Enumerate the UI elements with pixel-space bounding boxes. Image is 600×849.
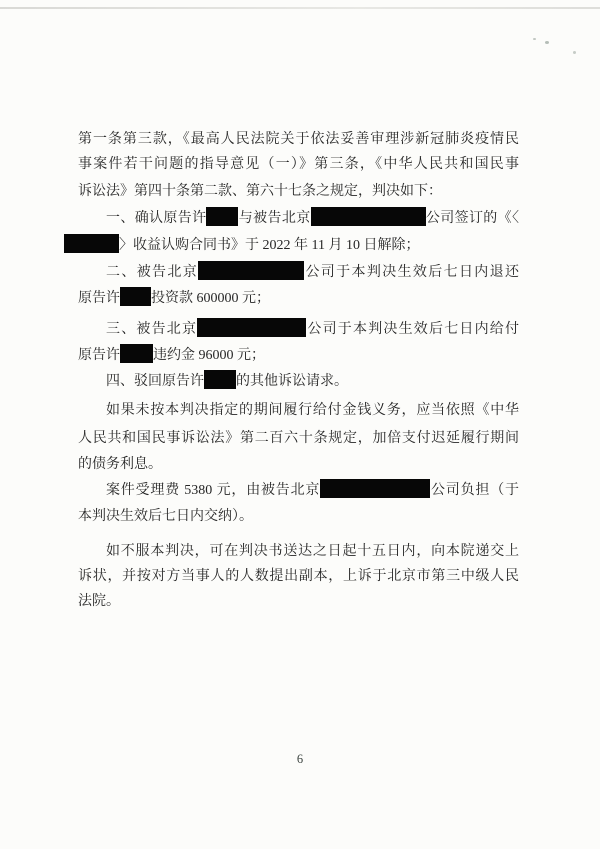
redaction-bar — [311, 207, 426, 226]
line-text: 事案件若干问题的指导意见（一）》第三条，《中华人民共和国民事 — [78, 157, 519, 172]
line-text: 人民共和国民事诉讼法》第二百六十条规定，加倍支付迟延履行期间 — [78, 431, 519, 446]
judgment-line: 〉收益认购合同书》于 2022 年 11 月 10 日解除； — [78, 233, 519, 259]
judgment-line: 案件受理费 5380 元，由被告北京公司负担（于 — [78, 478, 519, 504]
line-text: 三、被告北京 — [106, 322, 197, 337]
line-text: 如果未按本判决指定的期间履行给付金钱义务，应当依照《中华 — [106, 403, 519, 418]
judgment-line: 法院。 — [78, 589, 519, 615]
line-text: 案件受理费 5380 元，由被告北京 — [106, 483, 320, 498]
scanned-judgment-page: 第一条第三款，《最高人民法院关于依法妥善审理涉新冠肺炎疫情民事案件若干问题的指导… — [0, 0, 600, 849]
line-text: 公司负担（于 — [430, 483, 519, 498]
judgment-line: 三、被告北京公司于本判决生效后七日内给付 — [78, 317, 519, 343]
judgment-line: 本判决生效后七日内交纳）。 — [78, 504, 519, 530]
line-text: 原告许 — [78, 291, 120, 306]
line-text: 的其他诉讼请求。 — [236, 374, 348, 389]
document-body: 第一条第三款，《最高人民法院关于依法妥善审理涉新冠肺炎疫情民事案件若干问题的指导… — [0, 0, 600, 849]
redaction-bar — [204, 370, 236, 389]
redaction-bar — [198, 261, 304, 280]
judgment-line: 诉状，并按对方当事人的人数提出副本，上诉于北京市第三中级人民 — [78, 564, 519, 590]
line-text: 四、驳回原告许 — [106, 374, 204, 389]
line-text: 公司于本判决生效后七日内退还 — [304, 265, 519, 280]
line-text: 第一条第三款，《最高人民法院关于依法妥善审理涉新冠肺炎疫情民 — [78, 132, 519, 147]
line-text: 诉讼法》第四十条第二款、第六十七条之规定，判决如下： — [78, 184, 442, 199]
line-text: 诉状，并按对方当事人的人数提出副本，上诉于北京市第三中级人民 — [78, 569, 519, 584]
judgment-line: 二、被告北京公司于本判决生效后七日内退还 — [78, 260, 519, 286]
judgment-line: 如果未按本判决指定的期间履行给付金钱义务，应当依照《中华 — [78, 398, 519, 424]
judgment-line: 的债务利息。 — [78, 452, 519, 478]
line-text: 一、确认原告许 — [106, 211, 206, 226]
judgment-line: 人民共和国民事诉讼法》第二百六十条规定，加倍支付迟延履行期间 — [78, 426, 519, 452]
line-text: 与被告北京 — [238, 211, 310, 226]
judgment-line: 诉讼法》第四十条第二款、第六十七条之规定，判决如下： — [78, 179, 519, 205]
redaction-bar — [206, 207, 238, 226]
line-text: 〉收益认购合同书》于 2022 年 11 月 10 日解除； — [119, 238, 419, 253]
page-number: 6 — [288, 752, 312, 767]
line-text: 公司于本判决生效后七日内给付 — [306, 322, 519, 337]
judgment-line: 事案件若干问题的指导意见（一）》第三条，《中华人民共和国民事 — [78, 152, 519, 178]
line-text: 如不服本判决，可在判决书送达之日起十五日内，向本院递交上 — [106, 544, 519, 559]
judgment-line: 第一条第三款，《最高人民法院关于依法妥善审理涉新冠肺炎疫情民 — [78, 127, 519, 153]
line-text: 投资款 600000 元； — [151, 291, 270, 306]
line-text: 原告许 — [78, 348, 120, 363]
line-text: 违约金 96000 元； — [153, 348, 265, 363]
judgment-line: 原告许投资款 600000 元； — [78, 286, 519, 312]
redaction-bar — [197, 318, 306, 337]
line-text: 公司签订的《〈 — [426, 211, 519, 226]
redaction-bar — [120, 344, 153, 363]
redaction-bar — [64, 234, 119, 253]
redaction-bar — [120, 287, 151, 306]
redaction-bar — [320, 479, 430, 498]
judgment-line: 四、驳回原告许的其他诉讼请求。 — [78, 369, 519, 395]
line-text: 法院。 — [78, 594, 120, 609]
judgment-line: 原告许违约金 96000 元； — [78, 343, 519, 369]
line-text: 本判决生效后七日内交纳）。 — [78, 509, 253, 524]
line-text: 的债务利息。 — [78, 457, 162, 472]
judgment-line: 一、确认原告许与被告北京公司签订的《〈 — [78, 206, 519, 232]
line-text: 二、被告北京 — [106, 265, 198, 280]
judgment-line: 如不服本判决，可在判决书送达之日起十五日内，向本院递交上 — [78, 539, 519, 565]
